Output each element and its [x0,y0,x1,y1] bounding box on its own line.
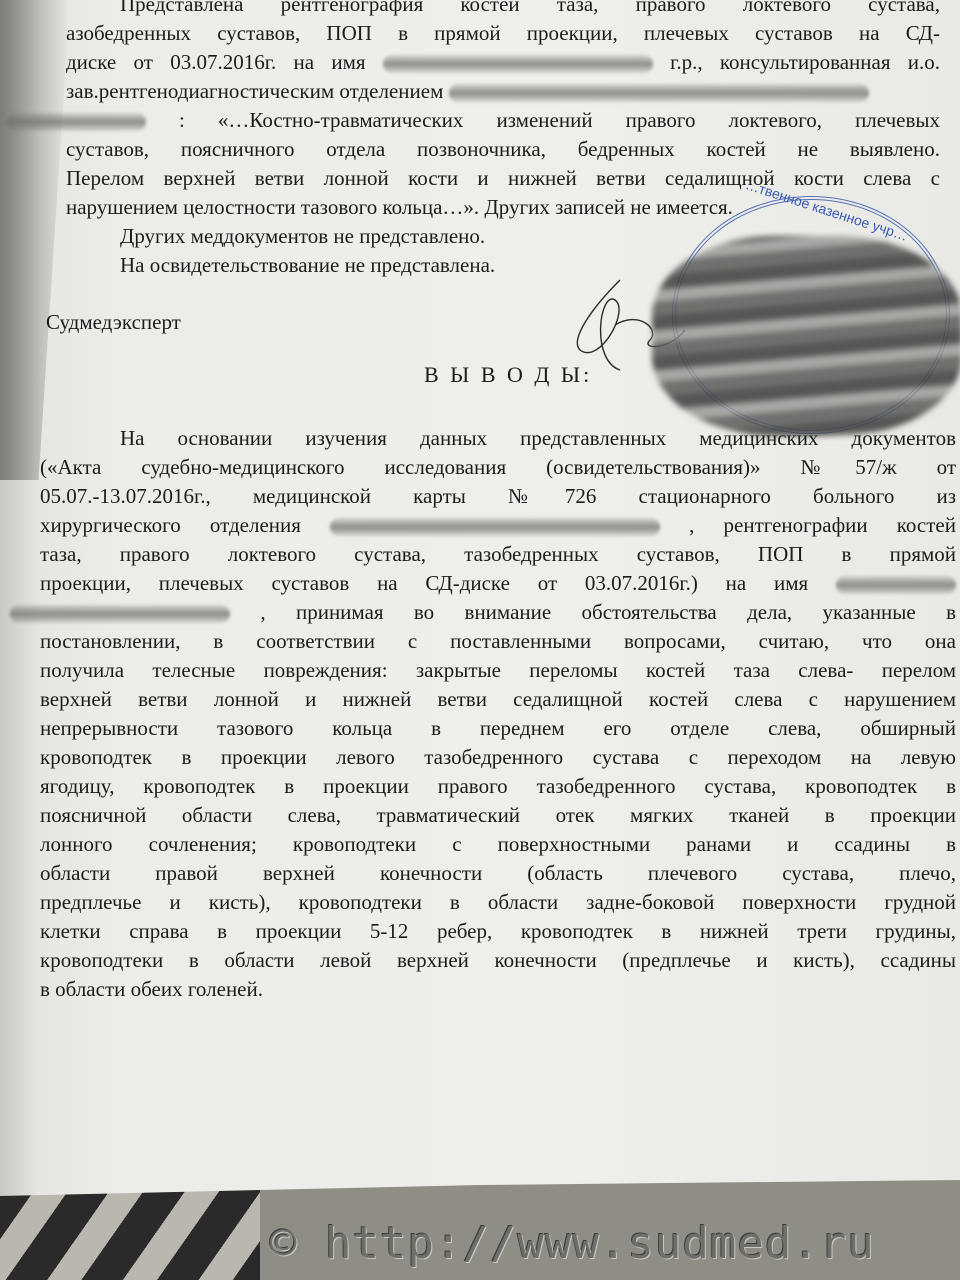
redaction [10,605,230,623]
text-line: постановлении, в соответствии с поставле… [40,627,956,656]
signer-title: Судмедэксперт [46,310,181,335]
redaction [330,518,660,536]
text-line: кровоподтек в проекции левого тазобедрен… [40,743,956,772]
redaction-scribble [652,236,960,436]
text-line: диске от 03.07.2016г. на имя г.р., консу… [66,48,940,77]
text-line: предплечье и кисть), кровоподтеки в обла… [40,888,956,917]
text-line: 05.07.-13.07.2016г., медицинской карты №… [40,482,956,511]
page-curl-shadow [0,0,70,480]
text-line: верхней ветви лонной и нижней ветви седа… [40,685,956,714]
text-line: суставов, поясничного отдела позвоночник… [66,135,940,164]
text-line: области правой верхней конечности (облас… [40,859,956,888]
redaction [836,576,956,594]
text-line: в области обеих голеней. [40,975,956,1004]
text-line: таза, правого локтевого сустава, тазобед… [40,540,956,569]
redaction [383,55,653,73]
text-line: Перелом верхней ветви лонной кости и ниж… [66,164,940,193]
text-line: поясничной области слева, травматический… [40,801,956,830]
conclusions-heading: В Ы В О Д Ы: [424,362,592,388]
redaction [449,84,869,102]
text-line: , принимая во внимание обстоятельства де… [10,598,956,627]
text-line: : «…Костно-травматических изменений прав… [6,106,940,135]
document-page: Представлена рентгенография костей таза,… [0,0,960,1196]
text-line: клетки справа в проекции 5-12 ребер, кро… [40,917,956,946]
text-line: зав.рентгенодиагностическим отделением [66,77,940,106]
text-line: получила телесные повреждения: закрытые … [40,656,956,685]
text-line: На основании изучения данных представлен… [40,424,956,453]
text-line: азобедренных суставов, ПОП в прямой прое… [66,19,940,48]
text-line: («Акта судебно-медицинского исследования… [40,453,956,482]
watermark: © http://www.sudmed.ru [270,1218,875,1269]
text-line: Представлена рентгенография костей таза,… [66,0,940,19]
text-line: проекции, плечевых суставов на СД-диске … [40,569,956,598]
text-line: ягодицу, кровоподтек в проекции правого … [40,772,956,801]
text-line: кровоподтеки в области левой верхней кон… [40,946,956,975]
text-line: хирургического отделения , рентгенографи… [40,511,956,540]
text-line: лонного сочленения; кровоподтеки с повер… [40,830,956,859]
conclusions-paragraph: На основании изучения данных представлен… [40,424,956,1004]
text-line: непрерывности тазового кольца в переднем… [40,714,956,743]
redaction [6,113,146,131]
